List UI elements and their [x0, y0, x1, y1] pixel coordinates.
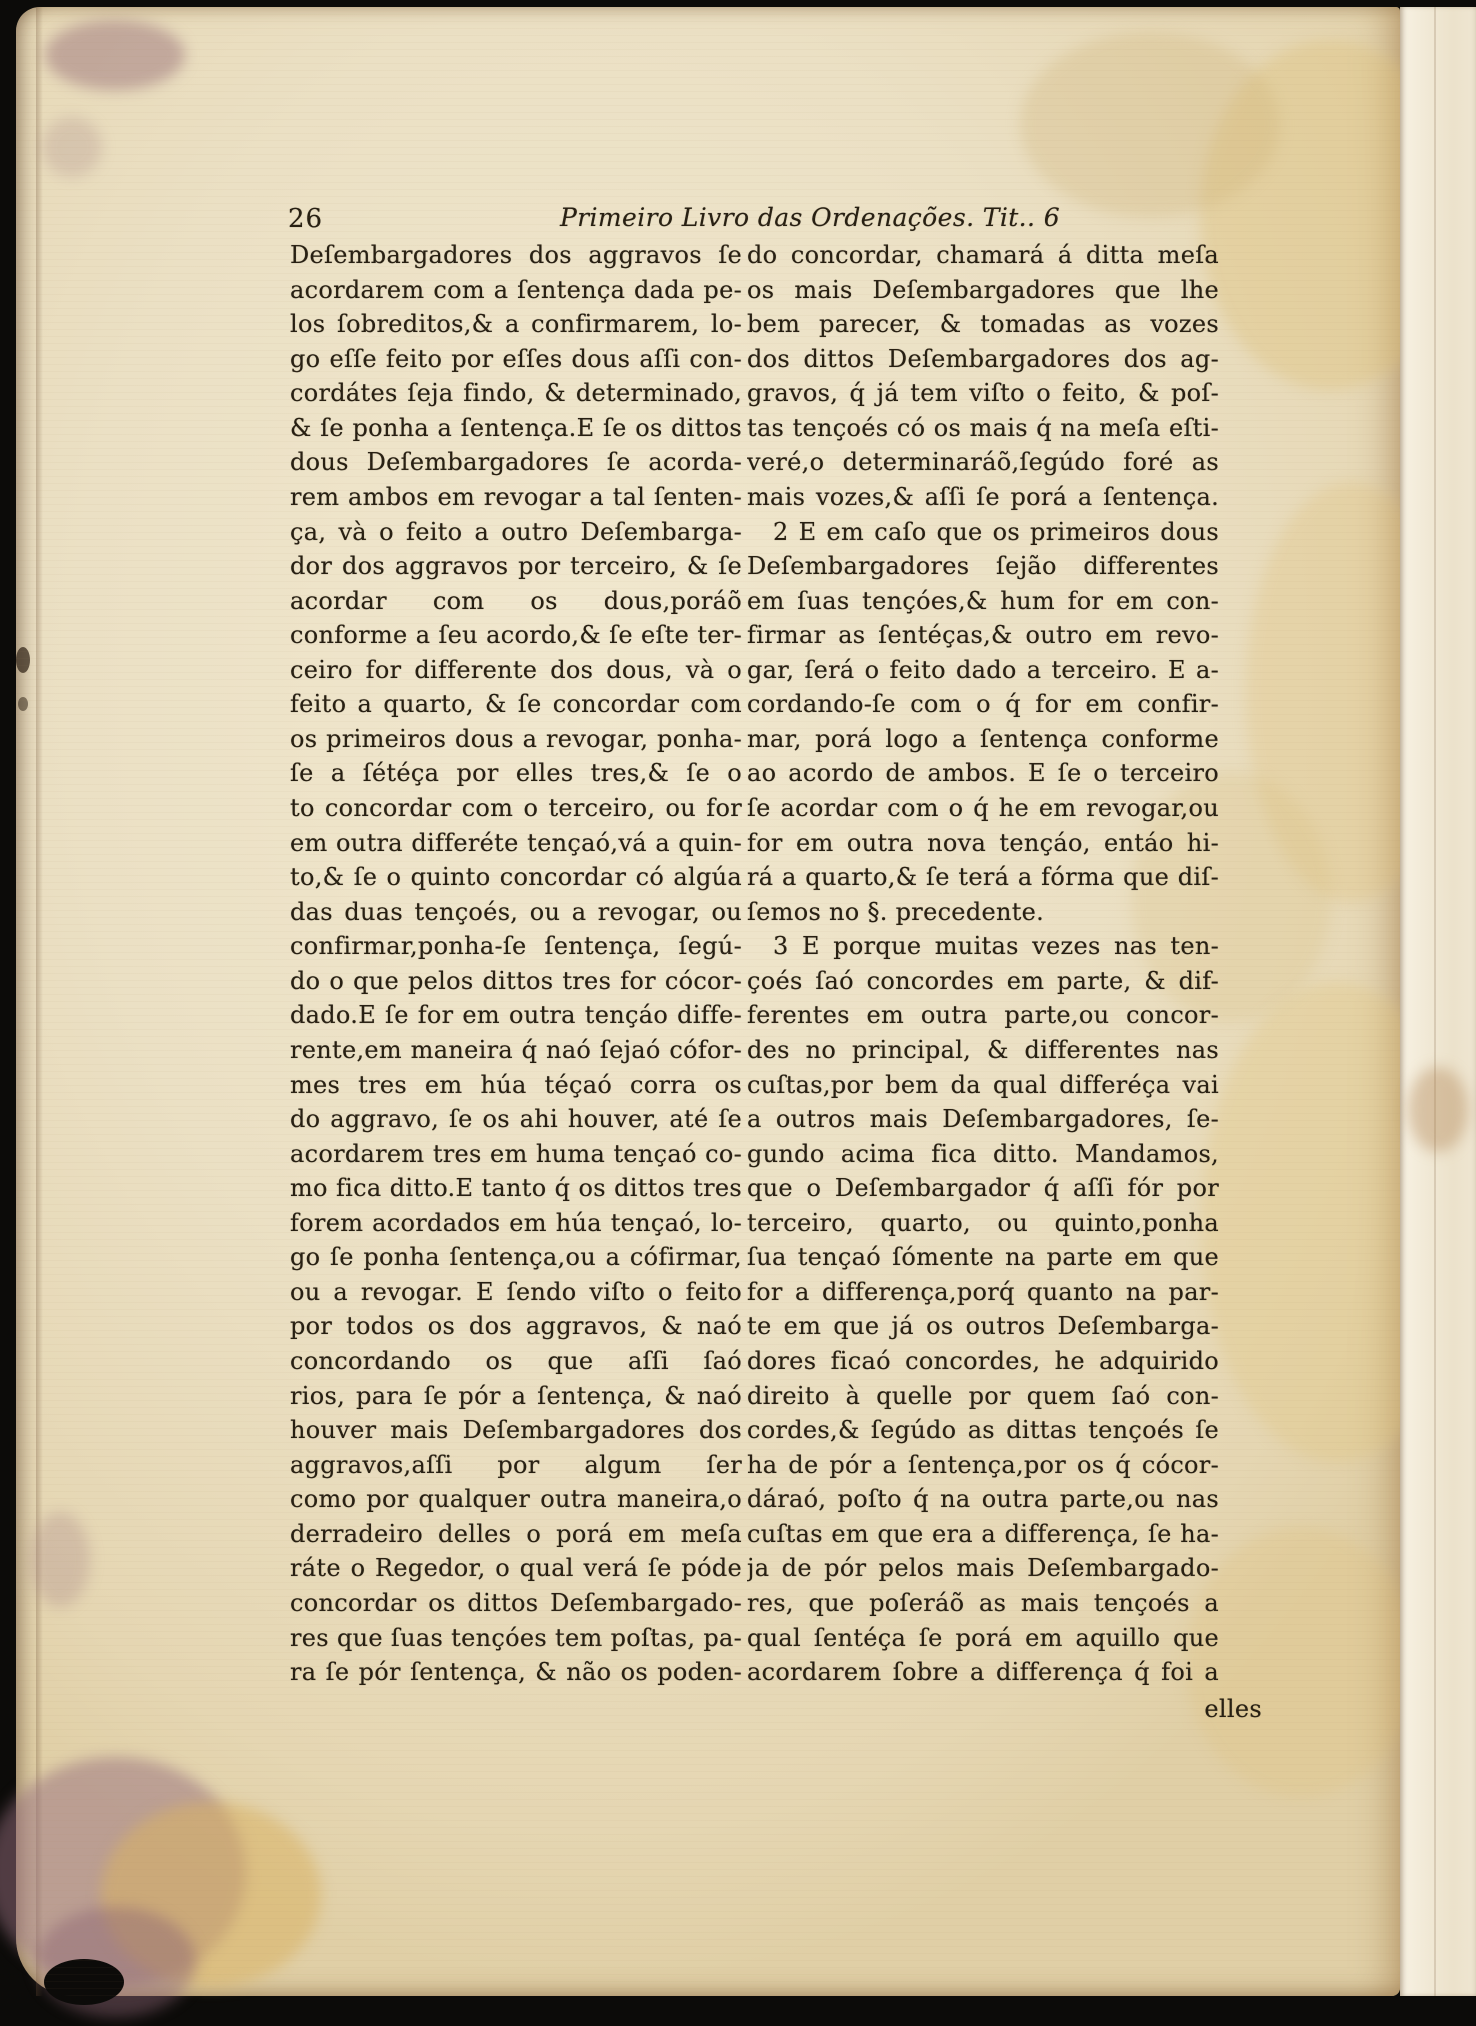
- text-line: to concordar com o terceiro, ou for: [290, 791, 742, 826]
- text-line: ra ſe pór ſentença, & não os poden-: [290, 1655, 742, 1690]
- text-line: gundo acima fica ditto. Mandamos,: [747, 1137, 1219, 1172]
- text-line: mes tres em húa téçaó corra os mais: [290, 1068, 742, 1103]
- text-line: ça, và o feito a outro Deſembarga-: [290, 515, 742, 550]
- text-line: for a differença,porq́ quanto na par-: [747, 1275, 1219, 1310]
- text-line: por todos os dos aggravos, & naó: [290, 1309, 742, 1344]
- text-line: em ſuas tençóes,& hum for em con-: [747, 584, 1219, 619]
- text-line: gar, ſerá o feito dado a terceiro. E a-: [747, 653, 1219, 688]
- text-line: ráte o Regedor, o qual verá ſe póde: [290, 1551, 742, 1586]
- text-line: do concordar, chamará á ditta meſa: [747, 238, 1219, 273]
- running-header-title: Primeiro Livro das Ordenações. Tit.. 6: [456, 203, 1164, 232]
- text-line: cordátes ſeja findo, & determinado,: [290, 376, 742, 411]
- text-line: os mais Deſembargadores que lhe: [747, 273, 1219, 308]
- ink-speck: [18, 697, 28, 711]
- stain: [1186, 1527, 1416, 1797]
- stain: [42, 117, 102, 177]
- text-line: das duas tençoés, ou a revogar, ou a: [290, 895, 742, 930]
- text-line: forem acordados em húa tençaó, lo-: [290, 1206, 742, 1241]
- page-number: 26: [288, 204, 323, 234]
- text-line: 3 E porque muitas vezes nas ten-: [747, 929, 1219, 964]
- text-line: çoés ſaó concordes em parte, & dif-: [747, 964, 1219, 999]
- text-line: acordarem com a ſentença dada pe-: [290, 273, 742, 308]
- text-line: firmar as ſentéças,& outro em revo-: [747, 618, 1219, 653]
- text-line: res, que poſeráõ as mais tençoés a: [747, 1586, 1219, 1621]
- text-line: como por qualquer outra maneira,o: [290, 1482, 742, 1517]
- stain: [45, 20, 185, 90]
- text-line: veré,o determinaráõ,ſegúdo foré as: [747, 445, 1219, 480]
- text-line: dores ficaó concordes, he adquirido: [747, 1344, 1219, 1379]
- stain: [1408, 1067, 1468, 1152]
- catchword: elles: [1016, 1695, 1262, 1723]
- text-line: los ſobreditos,& a confirmarem, lo-: [290, 307, 742, 342]
- text-line: rios, para ſe pór a ſentença, & naó: [290, 1379, 742, 1414]
- text-line: confirmar,ponha-ſe ſentença, ſegú-: [290, 929, 742, 964]
- text-line: dáraó, poſto q́ na outra parte,ou nas: [747, 1482, 1219, 1517]
- corner-chip: [44, 1959, 124, 2005]
- text-line: rem ambos em revogar a tal ſenten-: [290, 480, 742, 515]
- text-line: mar, porá logo a ſentença conforme: [747, 722, 1219, 757]
- text-line: ſe acordar com o q́ he em revogar,ou: [747, 791, 1219, 826]
- text-line: for em outra nova tençáo, entáo hi-: [747, 826, 1219, 861]
- text-line: dado.E ſe for em outra tençáo diffe-: [290, 998, 742, 1033]
- text-line: rente,em maneira q́ naó ſejaó cófor-: [290, 1033, 742, 1068]
- text-line: Deſembargadores ſejão differentes: [747, 549, 1219, 584]
- stain: [30, 1512, 90, 1607]
- text-line: cuſtas em que era a differença, ſe ha-: [747, 1517, 1219, 1552]
- text-line: acordarem tres em huma tençaó co-: [290, 1137, 742, 1172]
- text-line: qual ſentéça ſe porá em aquillo que: [747, 1621, 1219, 1656]
- text-line: houver mais Deſembargadores dos: [290, 1413, 742, 1448]
- text-line: ſua tençaó ſómente na parte em que: [747, 1240, 1219, 1275]
- text-line: concordar os dittos Deſembargado-: [290, 1586, 742, 1621]
- text-line: acordarem ſobre a differença q́ foi a: [747, 1655, 1219, 1690]
- text-line: des no principal, & differentes nas: [747, 1033, 1219, 1068]
- book-page: 26 Primeiro Livro das Ordenações. Tit.. …: [16, 7, 1400, 1996]
- text-line: gravos, q́ já tem viſto o feito, & poſ-: [747, 376, 1219, 411]
- text-line: a outros mais Deſembargadores, ſe-: [747, 1102, 1219, 1137]
- text-line: go ſe ponha ſentença,ou a cófirmar,: [290, 1240, 742, 1275]
- page-edge-crease: [36, 7, 43, 1996]
- text-line: & ſe ponha a ſentença.E ſe os dittos: [290, 411, 742, 446]
- text-line: feito a quarto, & ſe concordar com: [290, 687, 742, 722]
- text-line: em outra differéte tençaó,vá a quin-: [290, 826, 742, 861]
- text-line: te em que já os outros Deſembarga-: [747, 1309, 1219, 1344]
- fold-crease: [1434, 7, 1436, 1996]
- text-line: terceiro, quarto, ou quinto,ponha: [747, 1206, 1219, 1241]
- text-line: to,& ſe o quinto concordar có algúa: [290, 860, 742, 895]
- text-line: ao acordo de ambos. E ſe o terceiro: [747, 756, 1219, 791]
- text-line: acordar com os dous,poráõ ſentença: [290, 584, 742, 619]
- text-line: dous Deſembargadores ſe acorda-: [290, 445, 742, 480]
- text-line: os primeiros dous a revogar, ponha-: [290, 722, 742, 757]
- text-line: 2 E em caſo que os primeiros dous: [747, 515, 1219, 550]
- text-line: derradeiro delles o porá em meſa pe-: [290, 1517, 742, 1552]
- text-line: do o que pelos dittos tres for cócor-: [290, 964, 742, 999]
- stain: [0, 1757, 246, 1987]
- text-line: aggravos,aſſi por algum ſer ſuſpeito,: [290, 1448, 742, 1483]
- text-line: concordando os que aſſi ſaó neceſſa-: [290, 1344, 742, 1379]
- text-line: dor dos aggravos por terceiro, & ſe: [290, 549, 742, 584]
- text-line: dos dittos Deſembargadores dos ag-: [747, 342, 1219, 377]
- text-line: cuſtas,por bem da qual differéça vai: [747, 1068, 1219, 1103]
- text-line: ſemos no §. precedente.: [747, 895, 1219, 930]
- text-line: mais vozes,& aſſi ſe porá a ſentença.: [747, 480, 1219, 515]
- text-line: ou a revogar. E ſendo viſto o feito: [290, 1275, 742, 1310]
- text-line: mo fica ditto.E tanto q́ os dittos tres: [290, 1171, 742, 1206]
- scan-background: 26 Primeiro Livro das Ordenações. Tit.. …: [0, 0, 1476, 2026]
- text-line: go eſſe feito por eſſes dous aſſi con-: [290, 342, 742, 377]
- text-line: res que ſuas tençóes tem poſtas, pa-: [290, 1621, 742, 1656]
- stain: [1020, 32, 1280, 217]
- text-line: direito à quelle por quem ſaó con-: [747, 1379, 1219, 1414]
- text-line: que o Deſembargador q́ aſſi fór por: [747, 1171, 1219, 1206]
- stain: [36, 1907, 196, 2017]
- text-line: conforme a ſeu acordo,& ſe eſte ter-: [290, 618, 742, 653]
- text-line: tas tençoés có os mais q́ na meſa eſti-: [747, 411, 1219, 446]
- text-line: ja de pór pelos mais Deſembargado-: [747, 1551, 1219, 1586]
- text-line: ferentes em outra parte,ou concor-: [747, 998, 1219, 1033]
- next-page-edge: [1400, 7, 1476, 1996]
- right-column: do concordar, chamará á ditta meſaos mai…: [747, 238, 1219, 1690]
- text-line: bem parecer, & tomadas as vozes: [747, 307, 1219, 342]
- text-line: cordando-ſe com o q́ for em confir-: [747, 687, 1219, 722]
- text-line: ſe a ſétéça por elles tres,& ſe o quar-: [290, 756, 742, 791]
- text-line: ceiro for differente dos dous, và o: [290, 653, 742, 688]
- text-line: ha de pór a ſentença,por os q́ cócor-: [747, 1448, 1219, 1483]
- text-line: do aggravo, ſe os ahi houver, até ſe: [290, 1102, 742, 1137]
- text-line: rá a quarto,& ſe terá a fórma que diſ-: [747, 860, 1219, 895]
- left-column: Deſembargadores dos aggravos ſeacordarem…: [290, 238, 742, 1690]
- text-line: Deſembargadores dos aggravos ſe: [290, 238, 742, 273]
- stain: [101, 1802, 321, 1987]
- ink-speck: [16, 647, 30, 673]
- text-line: cordes,& ſegúdo as dittas tençoés ſe: [747, 1413, 1219, 1448]
